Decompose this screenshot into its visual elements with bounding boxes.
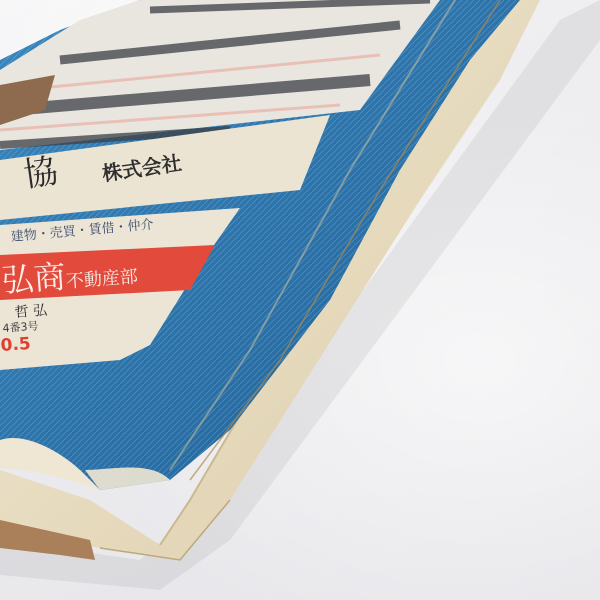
- red-band-text: 弘商: [0, 258, 67, 300]
- book-illustration: [0, 0, 600, 600]
- photo-scene: 協 株式会社 建物・売買・賃借・仲介 弘商不動産部 哲 弘 4番3号 0.5: [0, 0, 600, 600]
- red-band-title: 弘商不動産部: [0, 247, 139, 302]
- red-band-subtext: 不動産部: [65, 266, 138, 292]
- address-fragment: 4番3号: [2, 317, 39, 335]
- phone-fragment: 0.5: [0, 334, 31, 356]
- brush-glyph: 協: [20, 143, 60, 196]
